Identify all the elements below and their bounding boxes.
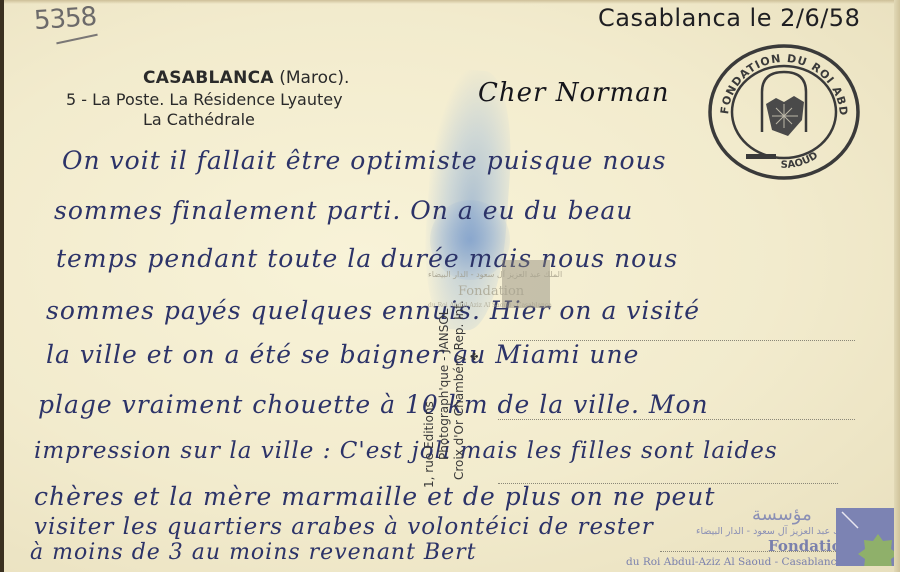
postcard-back: 5358 CASABLANCA (Maroc). 5 - La Poste. L… [0, 0, 900, 572]
letter-line-6: plage vraiment chouette à 10 km de la vi… [38, 390, 709, 419]
letter-line-3: temps pendant toute la durée mais nous n… [56, 244, 678, 273]
printed-caption-title: CASABLANCA (Maroc). [143, 68, 349, 88]
printed-caption-line2: 5 - La Poste. La Résidence Lyautey [66, 90, 343, 109]
watermark-arabic-line: الملك عبد العزيز آل سعود - الدار البيضاء [696, 526, 855, 537]
printer-ornament-icon: ✤ [470, 352, 478, 363]
letter-line-8: chères et la mère marmaille et de plus o… [34, 482, 715, 511]
handwritten-salutation: Cher Norman [478, 78, 669, 108]
watermark-center: الملك عبد العزيز آل سعود - الدار البيضاء… [428, 262, 568, 312]
caption-city: CASABLANCA [143, 68, 274, 88]
letter-line-4: sommes payés quelques ennuis. Hier on a … [46, 296, 700, 325]
handwritten-place-date: Casablanca le 2/6/58 [598, 4, 860, 32]
publisher-imprint-col1: 1, rue Editions [422, 401, 436, 488]
card-edge-right [894, 0, 900, 572]
printed-caption-line3: La Cathédrale [143, 110, 255, 129]
watermark-latin-sub: du Roi Abdul-Aziz Al Saoud - Casablanca [626, 556, 843, 568]
letter-line-10: à moins de 3 au moins revenant Bert [30, 540, 476, 565]
address-line-2 [498, 419, 855, 420]
caption-country: (Maroc). [279, 68, 349, 88]
foundation-logo-icon [836, 508, 894, 566]
watermark-logo-square-icon [502, 260, 550, 308]
foundation-rubber-stamp-icon: FONDATION DU ROI ABDUL-AZIZ AL SAOUD [706, 40, 862, 180]
letter-line-7: impression sur la ville : C'est joli mai… [34, 438, 778, 464]
archive-number: 5358 [33, 2, 97, 36]
watermark-arabic-title: مؤسسة [752, 504, 812, 525]
letter-line-5: la ville et on a été se baigner au Miami… [46, 340, 639, 369]
card-edge-left [0, 0, 4, 572]
svg-text:SAOUD: SAOUD [781, 150, 820, 171]
letter-line-1: On voit il fallait être optimiste puisqu… [62, 146, 667, 175]
letter-line-2: sommes finalement parti. On a eu du beau [54, 196, 633, 225]
letter-line-9: visiter les quartiers arabes à volontéic… [34, 514, 654, 540]
publisher-imprint-col3: Croix d'Or Chambéry Rep. Int. [452, 300, 466, 480]
publisher-imprint-col2: Photograph'que - JANSOL [437, 309, 451, 460]
archive-number-underline [56, 34, 97, 45]
